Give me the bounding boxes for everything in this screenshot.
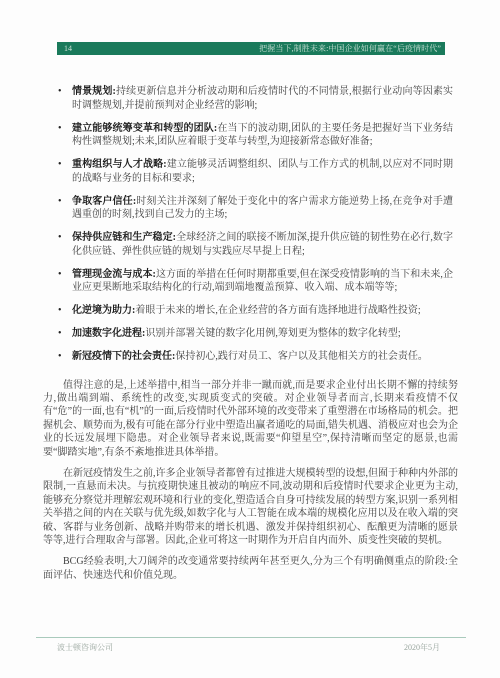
body-paragraph-2: 在新冠疫情发生之前,许多企业领导者都曾有过推进大规模转型的设想,但囿于种种内外部… (43, 467, 458, 547)
page-content: •情景规划:持续更新信息并分析波动期和后疫情时代的不同情景,根据行业动向等因素实… (43, 85, 458, 590)
page-header-bar: 14 把握当下,制胜未来:中国企业如何赢在“后疫情时代” (57, 42, 445, 55)
bullet-text: 着眼于未来的增长,在企业经营的各方面有选择地进行战略性投资; (135, 305, 420, 316)
bullet-text: 保持初心,践行对员工、客户以及其他相关方的社会责任。 (175, 351, 428, 362)
bullet-marker: • (58, 268, 62, 282)
bullet-marker: • (58, 195, 62, 209)
bullet-item: •保持供应链和生产稳定:全球经济之间的联接不断加深,提升供应链的韧性势在必行,数… (57, 231, 453, 258)
bullet-marker: • (58, 158, 62, 172)
bullet-marker: • (58, 122, 62, 136)
bullet-item: •争取客户信任:时刻关注并深刻了解处于变化中的客户需求方能逆势上扬,在竞争对手遭… (57, 195, 453, 222)
bullet-marker: • (58, 85, 62, 99)
bullet-item: •管理现金流与成本:这方面的举措在任何时期都重要,但在深受疫情影响的当下和未来,… (57, 268, 453, 295)
bullet-marker: • (58, 327, 62, 341)
body-paragraph-3: BCG经验表明,大刀阔斧的改变通常要持续两年甚至更久,分为三个有明确侧重点的阶段… (43, 555, 458, 582)
report-page: 14 把握当下,制胜未来:中国企业如何赢在“后疫情时代” •情景规划:持续更新信… (0, 0, 500, 678)
bullet-lead: 情景规划: (72, 86, 116, 97)
bullet-item: •重构组织与人才战略:建立能够灵活调整组织、团队与工作方式的机制,以应对不同时期… (57, 158, 453, 185)
bullet-list: •情景规划:持续更新信息并分析波动期和后疫情时代的不同情景,根据行业动向等因素实… (57, 85, 453, 364)
bullet-item: •新冠疫情下的社会责任:保持初心,践行对员工、客户以及其他相关方的社会责任。 (57, 350, 453, 364)
footer-company: 波士顿咨询公司 (57, 642, 113, 653)
bullet-item: •加速数字化进程:识别并部署关键的数字化用例,筹划更为整体的数字化转型; (57, 327, 453, 341)
bullet-lead: 建立能够统筹变革和转型的团队: (72, 123, 217, 134)
bullet-marker: • (58, 304, 62, 318)
bullet-lead: 保持供应链和生产稳定: (72, 232, 176, 243)
bullet-marker: • (58, 231, 62, 245)
bullet-lead: 重构组织与人才战略: (72, 159, 167, 170)
bullet-item: •情景规划:持续更新信息并分析波动期和后疫情时代的不同情景,根据行业动向等因素实… (57, 85, 453, 112)
bullet-item: •建立能够统筹变革和转型的团队:在当下的波动期,团队的主要任务是把握好当下业务结… (57, 122, 453, 149)
bullet-lead: 新冠疫情下的社会责任: (72, 351, 175, 362)
footer-date: 2020年5月 (404, 642, 440, 653)
bullet-lead: 管理现金流与成本: (72, 269, 156, 280)
page-number: 14 (64, 45, 72, 53)
bullet-text: 持续更新信息并分析波动期和后疫情时代的不同情景,根据行业动向等因素实时调整规划,… (72, 86, 453, 111)
bullet-item: •化逆境为助力:着眼于未来的增长,在企业经营的各方面有选择地进行战略性投资; (57, 304, 453, 318)
bullet-lead: 化逆境为助力: (72, 305, 135, 316)
header-title: 把握当下,制胜未来:中国企业如何赢在“后疫情时代” (259, 45, 441, 53)
bullet-lead: 加速数字化进程: (72, 328, 145, 339)
page-footer: 波士顿咨询公司 2020年5月 (36, 637, 466, 653)
bullet-text: 识别并部署关键的数字化用例,筹划更为整体的数字化转型; (145, 328, 400, 339)
bullet-marker: • (58, 350, 62, 364)
bullet-lead: 争取客户信任: (72, 196, 136, 207)
body-paragraph-1: 值得注意的是,上述举措中,相当一部分并非一蹴而就,而是要求企业付出长期不懈的持续… (43, 379, 458, 459)
body-paragraphs: 值得注意的是,上述举措中,相当一部分并非一蹴而就,而是要求企业付出长期不懈的持续… (43, 379, 458, 583)
